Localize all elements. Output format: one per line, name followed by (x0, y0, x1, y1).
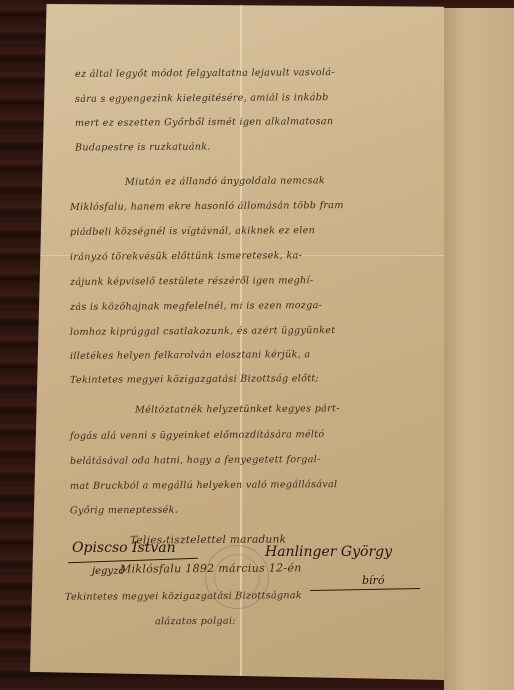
body-line: lomhoz kiprúggal csatlakozunk, és azért … (70, 325, 335, 338)
salutation-line: alázatos polgai: (155, 616, 236, 628)
body-line: fogás alá venni s ügyeinket előmozdításá… (70, 429, 325, 442)
adjacent-page (444, 8, 514, 690)
addressee-line: Tekintetes megyei közigazgatási Bizottsá… (65, 590, 302, 603)
body-line: illetékes helyen felkarolván elosztani k… (70, 349, 310, 362)
body-line: Méltóztatnék helyzetünket kegyes párt- (135, 403, 340, 415)
body-line: Győrig meneptessék. (70, 505, 178, 517)
signature-name-left: Opiscso István (72, 540, 176, 556)
official-seal (205, 545, 269, 609)
body-line: Miklósfalu, hanem ekre hasonló állomásán… (70, 200, 344, 213)
body-line: Budapestre is ruzkatuánk. (75, 142, 211, 154)
signature-title-right: bíró (362, 574, 384, 587)
body-line: zájunk képviselő testülete részéről igen… (70, 275, 314, 288)
body-line: mat Bruckból a megállú helyeken való meg… (70, 479, 337, 492)
body-line: ez által legyőt módot fel­gyaltatna leja… (75, 67, 335, 80)
body-line: piádbeli községnél is vígtávnál, akiknek… (70, 225, 315, 238)
body-line: belátásával oda hatni, hogy a fenyegetet… (70, 454, 321, 467)
body-line: irányzó törekvésük előttünk ismeretesek,… (70, 250, 302, 263)
body-line: Miután ez állandó ánygoldala nemcsak (125, 175, 325, 187)
body-line: mert ez eszetten Győrből ismét igen alka… (75, 116, 333, 129)
body-line: sára s egyengezink kielegitésére, amiál … (75, 92, 329, 105)
signature-title-left: jegyző (92, 566, 124, 577)
signature-name-right: Hanlinger György (265, 544, 392, 560)
body-line: Tekintetes megyei közigazgatási Bizottsá… (70, 373, 319, 386)
body-line: zás is közöhajnak megfelelnél, mi is eze… (70, 300, 322, 313)
